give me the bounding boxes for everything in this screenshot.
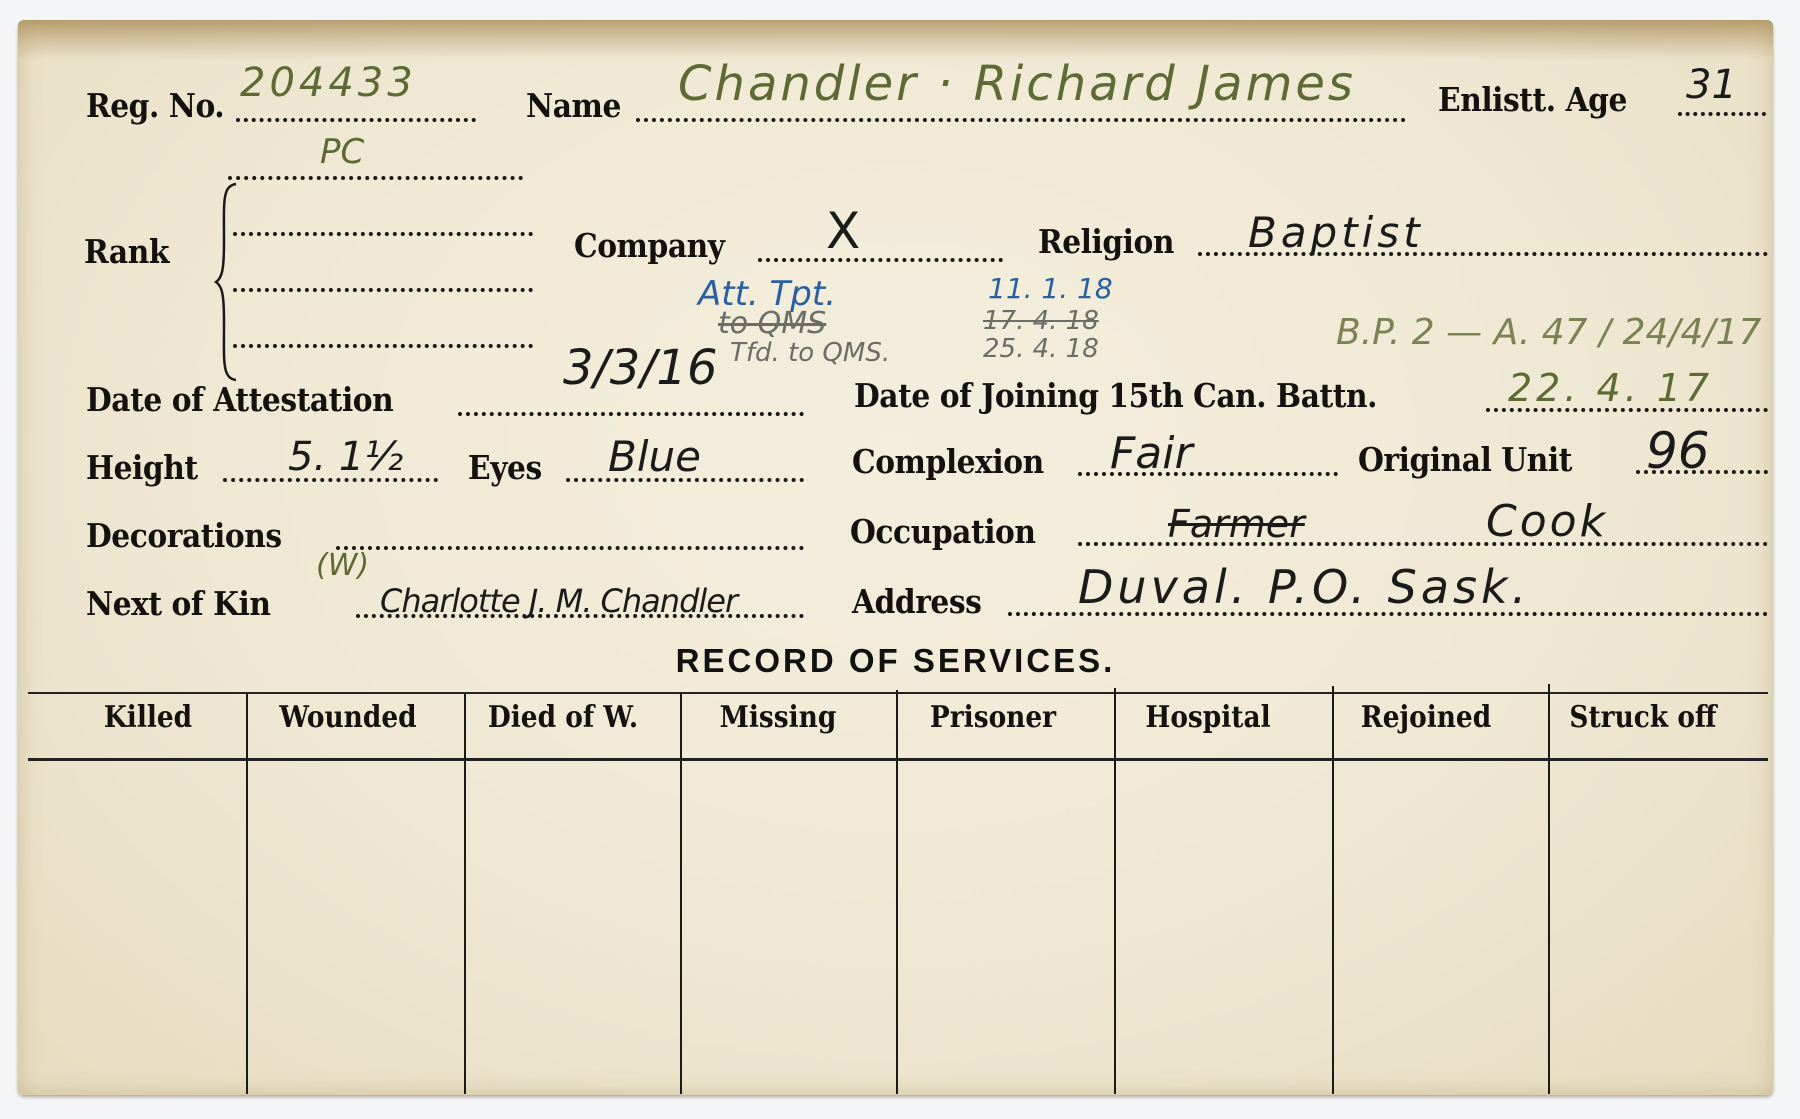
column-divider [680,692,682,1094]
reg-no-value: 204433 [240,60,417,106]
address-value: Duval. P.O. Sask. [1078,560,1530,614]
original-unit-value: 96 [1646,422,1710,480]
rank-value: PC [320,132,364,172]
eyes-label: Eyes [468,448,542,487]
reg-no-label: Reg. No. [86,86,224,125]
column-header-killed: Killed [60,700,236,735]
enlist-age-label: Enlistt. Age [1438,80,1627,119]
name-value: Chandler · Richard James [678,56,1356,112]
column-header-rejoined: Rejoined [1338,700,1514,735]
company-value: X [826,202,860,260]
eyes-value: Blue [608,432,701,481]
occupation-value: Cook [1486,496,1608,547]
height-value: 5. 1½ [288,434,403,480]
table-top-rule [28,692,1768,694]
name-line [636,118,1406,122]
service-record-card: Reg. No. 204433 Name Chandler · Richard … [18,20,1773,1095]
rank-line-2 [233,232,533,236]
column-divider [1332,686,1334,1094]
address-label: Address [852,582,981,621]
reg-no-line [236,118,476,122]
next-of-kin-label: Next of Kin [86,584,270,623]
column-divider [896,690,898,1094]
religion-value: Baptist [1248,208,1424,257]
column-divider [1114,688,1116,1094]
height-label: Height [86,448,198,487]
date-of-joining-label: Date of Joining 15th Can. Battn. [854,376,1377,415]
date-of-attestation-line [458,412,804,416]
occupation-label: Occupation [850,512,1036,551]
annotation-3-date: 25. 4. 18 [983,334,1099,364]
rank-line-3 [233,288,533,292]
original-unit-label: Original Unit [1358,440,1572,479]
decorations-label: Decorations [86,516,282,555]
next-of-kin-prefix: (W) [316,548,369,583]
column-divider [1548,684,1550,1094]
company-label: Company [574,226,725,265]
rank-brace-icon [214,182,238,382]
decorations-line [336,546,804,550]
record-of-services-title: RECORD OF SERVICES. [18,642,1773,680]
annotation-3-text: Tfd. to QMS. [730,338,890,368]
enlist-age-value: 31 [1686,62,1737,108]
header-underline [28,758,1768,761]
company-line [758,258,1003,262]
annotation-1-date: 11. 1. 18 [988,272,1113,305]
bp-note: B.P. 2 — A. 47 / 24/4/17 [1336,312,1761,353]
rank-label: Rank [84,232,169,271]
column-header-prisoner: Prisoner [905,700,1081,735]
occupation-struck-value: Farmer [1168,502,1305,546]
next-of-kin-value: Charlotte J. M. Chandler [380,582,737,620]
column-header-missing: Missing [690,700,866,735]
date-of-joining-value: 22. 4. 17 [1508,366,1713,410]
annotation-2-text: to QMS [718,306,826,341]
column-divider [246,694,248,1094]
name-label: Name [526,86,621,125]
column-divider [464,694,466,1094]
column-header-struck-off: Struck off [1555,700,1731,735]
date-of-attestation-value: 3/3/16 [563,340,718,396]
religion-label: Religion [1038,222,1174,261]
complexion-label: Complexion [852,442,1044,481]
complexion-value: Fair [1110,428,1193,479]
column-header-wounded: Wounded [260,700,436,735]
column-header-died-of-wounds: Died of W. [475,700,651,735]
annotation-2-date: 17. 4. 18 [983,306,1099,336]
date-of-attestation-label: Date of Attestation [86,380,393,419]
rank-line-4 [233,344,533,348]
column-header-hospital: Hospital [1120,700,1296,735]
enlist-age-line [1678,112,1766,116]
rank-line-1 [228,176,523,180]
